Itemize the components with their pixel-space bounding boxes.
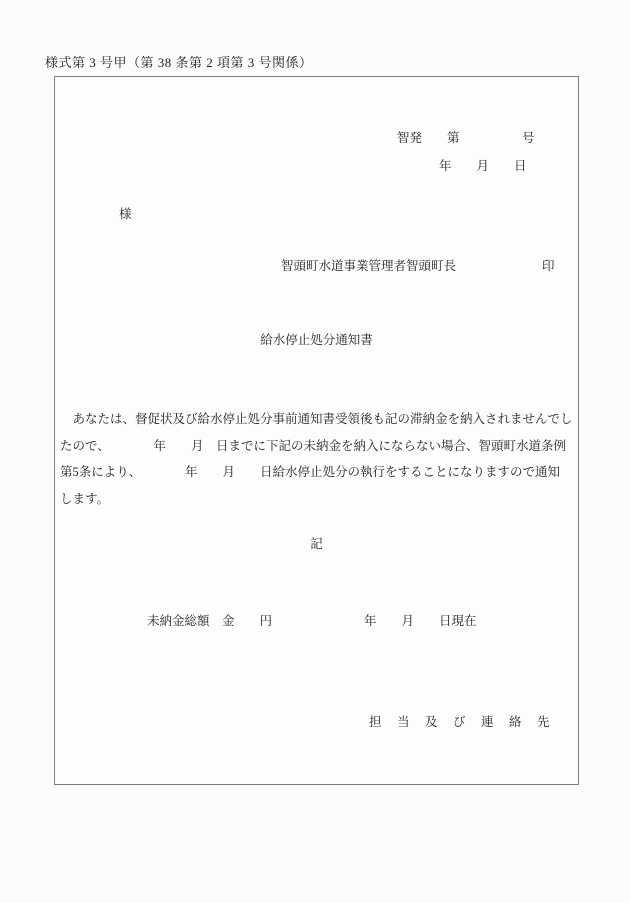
document-page: 様式第 3 号甲（第 38 条第 2 項第 3 号関係） 智発 第 号 年 月 … [0,0,630,903]
doc-number-line: 智発 第 号 [397,131,535,147]
body-line: します。 [60,486,575,513]
section-marker-ki: 記 [55,537,578,553]
body-line: 第5条により、 年 月 日給水停止処分の執行をすることになりますので通知 [60,459,575,486]
body-line: あなたは、督促状及び給水停止処分事前通知書受領後も記の滞納金を納入されませんでし [60,406,575,433]
document-title: 給水停止処分通知書 [55,333,578,349]
issue-date-line: 年 月 日 [439,159,527,175]
contact-line: 担 当 及 び 連 絡 先 [369,715,551,731]
body-paragraph: あなたは、督促状及び給水停止処分事前通知書受領後も記の滞納金を納入されませんでし… [60,406,575,512]
document-border-box: 智発 第 号 年 月 日 様 智頭町水道事業管理者智頭町長 印 給水停止処分通知… [54,76,579,785]
seal-mark: 印 [542,259,555,275]
issuer-name: 智頭町水道事業管理者智頭町長 [281,259,456,275]
body-line: たので、 年 月 日までに下記の未納金を納入にならない場合、智頭町水道条例 [60,433,575,460]
addressee-honorific: 様 [119,207,132,223]
form-label: 様式第 3 号甲（第 38 条第 2 項第 3 号関係） [45,55,313,71]
amount-as-of-date: 年 月 日現在 [364,614,477,630]
unpaid-amount-line: 未納金総額 金 円 [147,614,272,630]
